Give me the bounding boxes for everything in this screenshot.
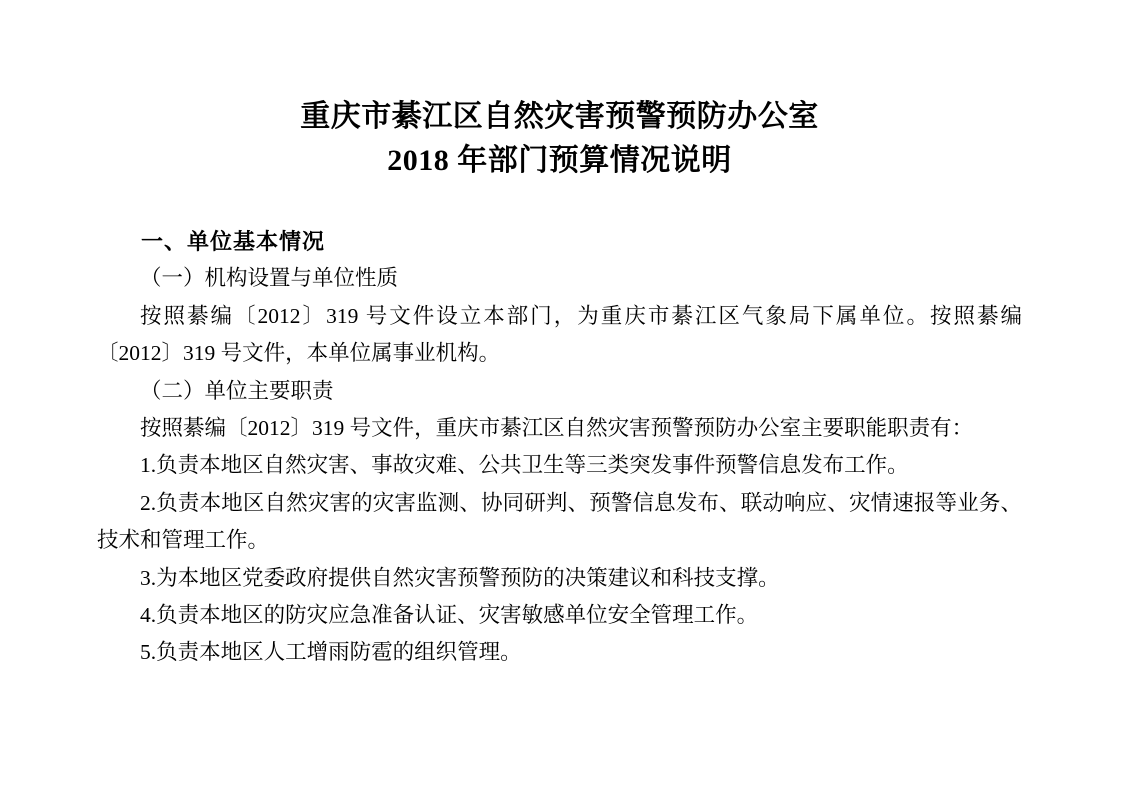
subsection-heading-main-duties: （二）单位主要职责: [97, 373, 1022, 410]
document-title-line-1: 重庆市綦江区自然灾害预警预防办公室: [97, 95, 1022, 139]
document-title-line-2: 2018 年部门预算情况说明: [97, 139, 1022, 183]
document-body: 一、单位基本情况 （一）机构设置与单位性质 按照綦编〔2012〕319 号文件设…: [97, 223, 1022, 672]
paragraph-org-setup: 按照綦编〔2012〕319 号文件设立本部门，为重庆市綦江区气象局下属单位。按照…: [97, 298, 1022, 373]
paragraph-duties-intro: 按照綦编〔2012〕319 号文件，重庆市綦江区自然灾害预警预防办公室主要职能职…: [97, 410, 1022, 447]
paragraph-duty-2: 2.负责本地区自然灾害的灾害监测、协同研判、预警信息发布、联动响应、灾情速报等业…: [97, 485, 1022, 560]
paragraph-duty-5: 5.负责本地区人工增雨防雹的组织管理。: [97, 634, 1022, 671]
document-page: 重庆市綦江区自然灾害预警预防办公室 2018 年部门预算情况说明 一、单位基本情…: [0, 0, 1122, 793]
section-heading-unit-basic-info: 一、单位基本情况: [97, 223, 1022, 260]
subsection-heading-org-setup: （一）机构设置与单位性质: [97, 260, 1022, 297]
paragraph-duty-3: 3.为本地区党委政府提供自然灾害预警预防的决策建议和科技支撑。: [97, 560, 1022, 597]
paragraph-duty-1: 1.负责本地区自然灾害、事故灾难、公共卫生等三类突发事件预警信息发布工作。: [97, 447, 1022, 484]
document-title: 重庆市綦江区自然灾害预警预防办公室 2018 年部门预算情况说明: [97, 95, 1022, 183]
paragraph-duty-4: 4.负责本地区的防灾应急准备认证、灾害敏感单位安全管理工作。: [97, 597, 1022, 634]
